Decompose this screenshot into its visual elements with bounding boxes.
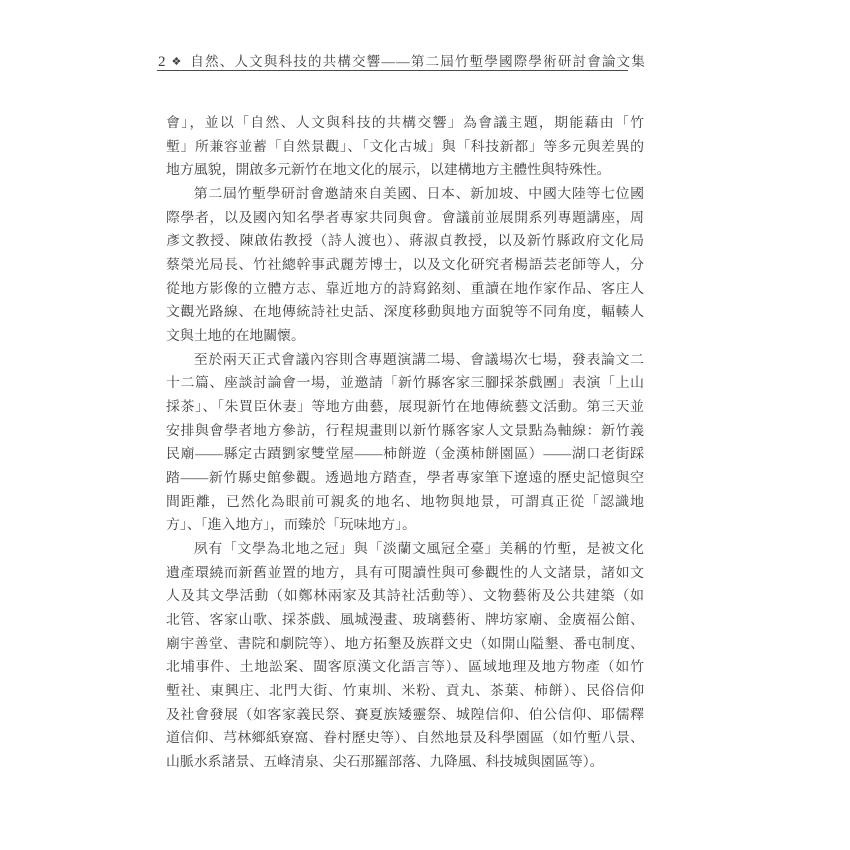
page-number: 2 — [158, 54, 166, 70]
text-line: 十二篇、座談討論會一場，並邀請「新竹縣客家三腳採茶戲團」表演「上山 — [166, 372, 644, 396]
running-header: 2❖自然、人文與科技的共構交響——第二屆竹塹學國際學術研討會論文集 — [158, 50, 638, 71]
text-line: 山脈水系諸景、五峰清泉、尖石那羅部落、九降風、科技城與園區等）。 — [166, 751, 644, 775]
text-line: 採茶」、「朱買臣休妻」等地方曲藝，展現新竹在地傳統藝文活動。第三天並 — [166, 396, 644, 420]
header-rule — [157, 70, 628, 71]
text-line: 蔡榮光局長、竹社總幹事武麗芳博士，以及文化研究者楊語芸老師等人，分 — [166, 254, 644, 278]
text-line: 人及其文學活動（如鄭林兩家及其詩社活動等）、文物藝術及公共建築（如 — [166, 585, 644, 609]
text-line: 廟宇善堂、書院和劇院等）、地方拓墾及族群文史（如開山隘墾、番屯制度、 — [166, 633, 644, 657]
text-line: 民廟——縣定古蹟劉家雙堂屋——柿餅遊（金漢柿餅園區）——湖口老街踩 — [166, 443, 644, 467]
body-text-block: 會」，並以「自然、人文與科技的共構交響」為會議主題，期能藉由「竹塹」所兼容並蓄「… — [166, 112, 644, 775]
text-line: 安排與會學者地方參訪，行程規畫則以新竹縣客家人文景點為軸線：新竹義 — [166, 420, 644, 444]
book-page: 2❖自然、人文與科技的共構交響——第二屆竹塹學國際學術研討會論文集 會」，並以「… — [0, 0, 850, 850]
text-line: 北埔事件、土地訟案、閩客原漢文化語言等）、區域地理及地方物產（如竹 — [166, 656, 644, 680]
text-line: 間距離，已然化為眼前可親炙的地名、地物與地景，可謂真正從「認識地 — [166, 491, 644, 515]
text-line: 方」、「進入地方」，而臻於「玩味地方」。 — [166, 514, 644, 538]
diamond-ornament-icon: ❖ — [172, 56, 182, 68]
text-line: 第二屆竹塹學研討會邀請來自美國、日本、新加坡、中國大陸等七位國 — [166, 183, 644, 207]
text-line: 及社會發展（如客家義民祭、賽夏族矮靈祭、城隍信仰、伯公信仰、耶儒釋 — [166, 704, 644, 728]
text-line: 道信仰、芎林鄉紙寮窩、眷村歷史等）、自然地景及科學園區（如竹塹八景、 — [166, 727, 644, 751]
text-line: 從地方影像的立體方志、靠近地方的詩寫銘刻、重讀在地作家作品、客庄人 — [166, 278, 644, 302]
text-line: 北管、客家山歌、採茶戲、風城漫畫、玻璃藝術、牌坊家廟、金廣福公館、 — [166, 609, 644, 633]
text-line: 地方風貌，開啟多元新竹在地文化的展示，以建構地方主體性與特殊性。 — [166, 159, 644, 183]
text-line: 至於兩天正式會議內容則含專題演講二場、會議場次七場，發表論文二 — [166, 349, 644, 373]
text-line: 彥文教授、陳啟佑教授（詩人渡也）、蔣淑貞教授，以及新竹縣政府文化局 — [166, 230, 644, 254]
text-line: 文與土地的在地關懷。 — [166, 325, 644, 349]
text-line: 會」，並以「自然、人文與科技的共構交響」為會議主題，期能藉由「竹 — [166, 112, 644, 136]
text-line: 塹社、東興庄、北門大街、竹東圳、米粉、貢丸、茶葉、柿餅）、民俗信仰 — [166, 680, 644, 704]
text-line: 遺產環繞而新舊並置的地方，具有可閱讀性與可參觀性的人文諸景，諸如文 — [166, 562, 644, 586]
text-line: 夙有「文學為北地之冠」與「淡蘭文風冠全臺」美稱的竹塹，是被文化 — [166, 538, 644, 562]
text-line: 踏——新竹縣史館參觀。透過地方踏查，學者專家筆下遼遠的歷史記憶與空 — [166, 467, 644, 491]
text-line: 塹」所兼容並蓄「自然景觀」、「文化古城」與「科技新都」等多元與差異的 — [166, 136, 644, 160]
text-line: 際學者，以及國內知名學者專家共同與會。會議前並展開系列專題講座，周 — [166, 207, 644, 231]
text-line: 文觀光路線、在地傳統詩社史話、深度移動與地方面貌等不同角度，輻輳人 — [166, 301, 644, 325]
running-title: 自然、人文與科技的共構交響——第二屆竹塹學國際學術研討會論文集 — [190, 54, 646, 69]
